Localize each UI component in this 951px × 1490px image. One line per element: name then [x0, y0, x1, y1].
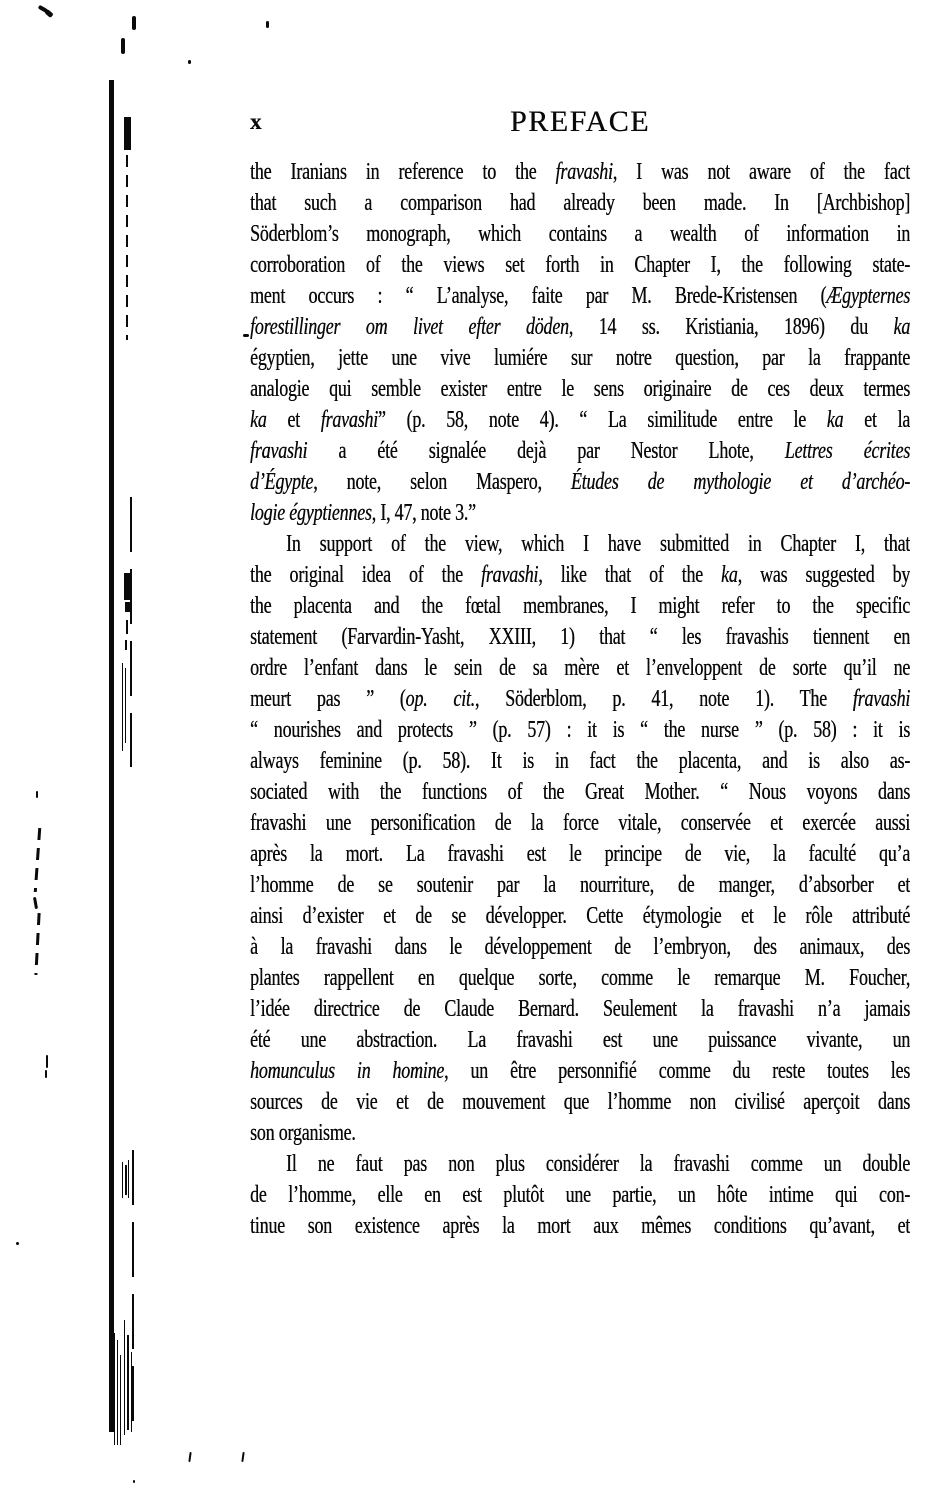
scan-artifact-spine-line — [109, 80, 114, 1432]
text-segment: ” (p. 58, note 4). “ La similitude entre… — [378, 407, 827, 433]
scan-artifact-thin-line — [128, 1160, 129, 1198]
scan-artifact-speck — [243, 334, 249, 337]
scan-artifact-thin-line — [127, 1335, 129, 1430]
text-segment-italic: fravashi — [481, 562, 538, 588]
text-segment: “ nourishes and protects ” (p. 57) : it … — [250, 717, 910, 743]
text-segment: the placenta and the fœtal membranes, I … — [250, 593, 910, 619]
scan-artifact-dashed-line — [130, 497, 132, 767]
text-line: Il ne faut pas non plus considérer la fr… — [250, 1149, 910, 1180]
scan-artifact-speck — [188, 60, 191, 64]
text-segment-italic: Études de mythologie et d’archéo- — [571, 469, 910, 495]
text-segment: , I was not aware of the fact — [613, 159, 910, 185]
text-segment: meurt pas ” ( — [250, 686, 406, 712]
text-segment: de l’homme, elle en est plutôt une parti… — [250, 1182, 910, 1208]
text-line: de l’homme, elle en est plutôt une parti… — [250, 1180, 910, 1211]
text-line: always feminine (p. 58). It is in fact t… — [250, 746, 910, 777]
text-segment: , was suggested by — [738, 562, 910, 588]
text-segment: son organisme. — [250, 1120, 356, 1146]
scan-artifact-thin-line — [120, 1355, 121, 1445]
scanned-book-page: x PREFACE the Iranians in reference to t… — [0, 0, 951, 1490]
text-segment: , note, selon Maspero, — [313, 469, 571, 495]
text-line: the original idea of the fravashi, like … — [250, 560, 910, 591]
text-segment: et — [267, 407, 321, 433]
text-segment-italic: forestillinger om livet efter döden — [250, 314, 569, 340]
text-line: fravashi une personification de la force… — [250, 808, 910, 839]
scan-artifact-thin-line — [131, 1352, 132, 1432]
text-line: “ nourishes and protects ” (p. 57) : it … — [250, 715, 910, 746]
text-line: analogie qui semble exister entre le sen… — [250, 374, 910, 405]
text-segment: In support of the view, which I have sub… — [286, 531, 910, 557]
text-line: the Iranians in reference to the fravash… — [250, 157, 910, 188]
text-segment-italic: fravashi — [321, 407, 378, 433]
page-title: PREFACE — [250, 106, 910, 138]
text-segment: et la — [843, 407, 910, 433]
text-segment: plantes rappellent en quelque sorte, com… — [250, 965, 910, 991]
text-line: the placenta and the fœtal membranes, I … — [250, 591, 910, 622]
text-segment: ainsi d’exister et de se développer. Cet… — [250, 903, 910, 929]
scan-artifact-thin-line — [122, 663, 123, 751]
scan-artifact-thin-line — [122, 1162, 123, 1198]
scan-artifact-thin-line — [124, 1320, 125, 1435]
text-segment: , like that of the — [538, 562, 721, 588]
scan-artifact-dashed-line — [126, 155, 128, 340]
text-segment: corroboration of the views set forth in … — [250, 252, 910, 278]
text-line: Söderblom’s monograph, which contains a … — [250, 219, 910, 250]
scan-artifact-speck — [126, 620, 128, 634]
text-segment-italic: ka — [827, 407, 844, 433]
text-line: égyptien, jette une vive lumiére sur not… — [250, 343, 910, 374]
text-line: son organisme. — [250, 1118, 910, 1149]
text-segment: l’idée directrice de Claude Bernard. Seu… — [250, 996, 910, 1022]
scan-artifact-thin-line — [114, 1333, 115, 1445]
text-line: été une abstraction. La fravashi est une… — [250, 1025, 910, 1056]
text-line: forestillinger om livet efter döden, 14 … — [250, 312, 910, 343]
text-segment: the original idea of the — [250, 562, 481, 588]
text-segment: , 14 ss. Kristiania, 1896) du — [569, 314, 894, 340]
text-line: plantes rappellent en quelque sorte, com… — [250, 963, 910, 994]
text-line: logie égyptiennes, I, 47, note 3.” — [250, 498, 910, 529]
text-line: ment occurs : “ L’analyse, faite par M. … — [250, 281, 910, 312]
text-segment-italic: d’Égypte — [250, 469, 313, 495]
text-block: the Iranians in reference to the fravash… — [250, 157, 910, 1242]
text-segment: the Iranians in reference to the — [250, 159, 556, 185]
scan-artifact-speck — [125, 640, 127, 650]
text-segment-italic: Ægypternes — [826, 283, 910, 309]
text-segment: sources de vie et de mouvement que l’hom… — [250, 1089, 910, 1115]
scan-artifact-speck — [266, 21, 269, 28]
text-segment-italic: Lettres écrites — [785, 438, 910, 464]
text-line: ainsi d’exister et de se développer. Cet… — [250, 901, 910, 932]
scan-artifact-speck — [36, 791, 38, 798]
text-segment-italic: fravashi — [250, 438, 307, 464]
text-segment: analogie qui semble exister entre le sen… — [250, 376, 910, 402]
text-segment: , un être personnifié comme du reste tou… — [444, 1058, 910, 1084]
text-line: après la mort. La fravashi est le princi… — [250, 839, 910, 870]
scan-artifact-dashed-stroke — [34, 828, 41, 892]
text-segment-italic: ka — [893, 314, 910, 340]
scan-artifact-dashed-line — [132, 1150, 134, 1432]
text-segment: a été signalée dejà par Nestor Lhote, — [307, 438, 784, 464]
text-line: d’Égypte, note, selon Maspero, Études de… — [250, 467, 910, 498]
text-segment-italic: ka — [721, 562, 738, 588]
text-segment: ment occurs : “ L’analyse, faite par M. … — [250, 283, 826, 309]
scan-artifact-blob — [125, 602, 131, 612]
scan-artifact-speck — [132, 16, 136, 30]
text-segment: été une abstraction. La fravashi est une… — [250, 1027, 910, 1053]
text-segment-italic: fravashi — [853, 686, 910, 712]
text-segment: statement (Farvardin-Yasht, XXIII, 1) th… — [250, 624, 910, 650]
scan-artifact-speck — [241, 1452, 244, 1462]
text-segment: Söderblom’s monograph, which contains a … — [250, 221, 910, 247]
text-line: l’idée directrice de Claude Bernard. Seu… — [250, 994, 910, 1025]
scan-artifact-speck — [33, 897, 38, 909]
text-segment: égyptien, jette une vive lumiére sur not… — [250, 345, 910, 371]
text-line: ka et fravashi” (p. 58, note 4). “ La si… — [250, 405, 910, 436]
scan-artifact-dashed-stroke — [34, 913, 40, 975]
text-segment-italic: ka — [250, 407, 267, 433]
text-segment: tinue son existence après la mort aux mê… — [250, 1213, 910, 1239]
text-segment: ordre l’enfant dans le sein de sa mère e… — [250, 655, 910, 681]
scan-artifact-thin-line — [125, 1165, 127, 1195]
text-line: tinue son existence après la mort aux mê… — [250, 1211, 910, 1242]
text-segment: that such a comparison had already been … — [250, 190, 910, 216]
text-line: ordre l’enfant dans le sein de sa mère e… — [250, 653, 910, 684]
text-segment: sociated with the functions of the Great… — [250, 779, 910, 805]
text-segment-italic: homunculus in homine — [250, 1058, 444, 1084]
scan-artifact-dot — [133, 1480, 135, 1483]
scan-artifact-blob — [124, 573, 132, 600]
text-segment-italic: logie égyptiennes — [250, 500, 372, 526]
text-segment: , I, 47, note 3.” — [372, 500, 476, 526]
scan-artifact-speck — [188, 1452, 191, 1462]
text-segment: , Söderblom, p. 41, note 1). The — [475, 686, 853, 712]
text-line: sociated with the functions of the Great… — [250, 777, 910, 808]
text-segment: l’homme de se soutenir par la nourriture… — [250, 872, 910, 898]
text-line: statement (Farvardin-Yasht, XXIII, 1) th… — [250, 622, 910, 653]
text-line: l’homme de se soutenir par la nourriture… — [250, 870, 910, 901]
text-segment: après la mort. La fravashi est le princi… — [250, 841, 910, 867]
text-line: meurt pas ” (op. cit., Söderblom, p. 41,… — [250, 684, 910, 715]
text-segment: fravashi une personification de la force… — [250, 810, 910, 836]
scan-artifact-speck — [121, 38, 125, 54]
text-line: homunculus in homine, un être personnifi… — [250, 1056, 910, 1087]
scan-artifact-speck — [45, 1070, 47, 1078]
scan-artifact-dot — [16, 1242, 19, 1245]
scan-artifact-thin-line — [117, 1340, 118, 1445]
text-line: that such a comparison had already been … — [250, 188, 910, 219]
text-line: In support of the view, which I have sub… — [250, 529, 910, 560]
scan-artifact-speck — [44, 9, 53, 18]
scan-artifact-speck — [46, 1055, 48, 1068]
text-segment: à la fravashi dans le développement de l… — [250, 934, 910, 960]
text-line: fravashi a été signalée dejà par Nestor … — [250, 436, 910, 467]
text-segment-italic: fravashi — [556, 159, 613, 185]
text-line: sources de vie et de mouvement que l’hom… — [250, 1087, 910, 1118]
text-line: corroboration of the views set forth in … — [250, 250, 910, 281]
text-segment: Il ne faut pas non plus considérer la fr… — [286, 1151, 910, 1177]
scan-artifact-thin-line — [125, 668, 126, 743]
scan-artifact-blob — [124, 117, 131, 150]
text-line: à la fravashi dans le développement de l… — [250, 932, 910, 963]
text-segment: always feminine (p. 58). It is in fact t… — [250, 748, 910, 774]
text-segment-italic: op. cit. — [406, 686, 475, 712]
